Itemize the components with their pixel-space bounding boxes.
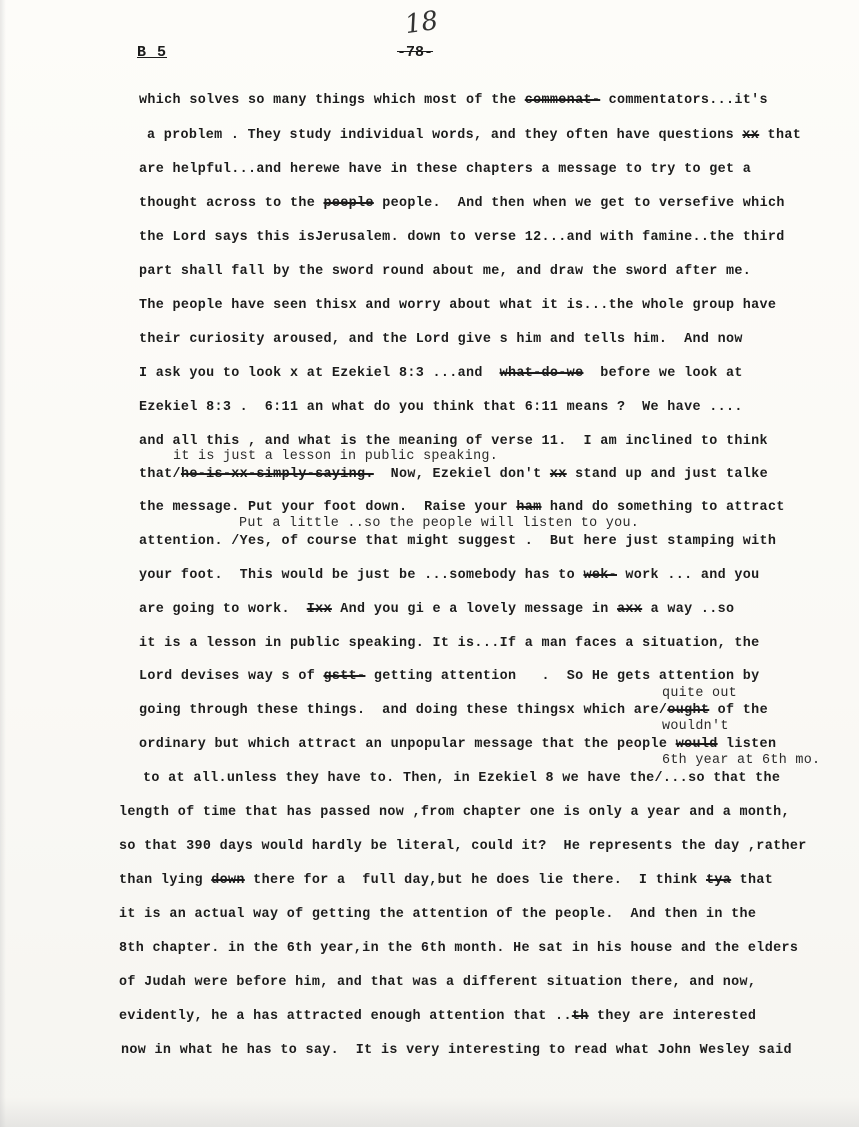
text: your foot. This would be just be ...some…: [139, 568, 583, 583]
document-page: B 5 18 -78- which solves so many things …: [0, 0, 859, 1127]
interlinear-insertion: wouldn't: [662, 719, 729, 735]
text: listen: [718, 737, 777, 752]
text-line-9: I ask you to look x at Ezekiel 8:3 ...an…: [139, 366, 743, 382]
deleted-text: xx: [550, 467, 567, 482]
struck-page-number: -78-: [397, 44, 433, 61]
page-bottom-shadow: [0, 1097, 859, 1127]
text: And you gi e a lovely message in: [332, 602, 617, 617]
text-line-6: part shall fall by the sword round about…: [139, 264, 751, 280]
interlinear-insertion: Put a little ..so the people will listen…: [239, 516, 639, 532]
text: before we look at: [583, 366, 742, 381]
text-line-12: that/he-is-xx-simply-saying. Now, Ezekie…: [139, 467, 768, 483]
deleted-text: would: [676, 737, 718, 752]
page-edge-shadow: [0, 0, 6, 1127]
text-line-3: are helpful...and herewe have in these c…: [139, 162, 751, 178]
text: there for a full day,but he does lie the…: [245, 873, 706, 888]
deleted-text: wek-: [583, 568, 617, 583]
section-label: B 5: [137, 44, 167, 61]
deleted-text: what-do-we: [500, 366, 584, 381]
text-line-7: The people have seen thisx and worry abo…: [139, 298, 776, 314]
text-line-25: it is an actual way of getting the atten…: [119, 907, 756, 923]
deleted-text: xx: [742, 128, 759, 143]
text: ordinary but which attract an unpopular …: [139, 737, 676, 752]
text: thought across to the: [139, 196, 324, 211]
text-line-15: your foot. This would be just be ...some…: [139, 568, 760, 584]
text: Lord devises way s of: [139, 669, 324, 684]
text: a way ..so: [642, 602, 734, 617]
text: stand up and just talke: [567, 467, 768, 482]
text: people. And then when we get to versefiv…: [374, 196, 785, 211]
deleted-text: th: [572, 1009, 589, 1024]
text-line-2: a problem . They study individual words,…: [147, 128, 801, 144]
interlinear-insertion: 6th year at 6th mo.: [662, 753, 820, 769]
text-line-27: of Judah were before him, and that was a…: [119, 975, 756, 991]
text: a problem . They study individual words,…: [147, 128, 742, 143]
deleted-text: tya: [706, 873, 731, 888]
deleted-text: ought: [667, 703, 709, 718]
text-line-22: length of time that has passed now ,from…: [119, 805, 790, 821]
text-line-14: attention. /Yes, of course that might su…: [139, 534, 776, 550]
typed-page-number: -78-: [397, 44, 433, 61]
text: they are interested: [589, 1009, 757, 1024]
deleted-text: gstt-: [324, 669, 366, 684]
text-line-16: are going to work. Ixx And you gi e a lo…: [139, 602, 734, 618]
text-line-24: than lying down there for a full day,but…: [119, 873, 773, 889]
deleted-text: down: [211, 873, 245, 888]
text-line-10: Ezekiel 8:3 . 6:11 an what do you think …: [139, 400, 743, 416]
interlinear-insertion: quite out: [662, 686, 737, 702]
text: that: [759, 128, 801, 143]
deleted-text: he-is-xx-simply-saying.: [181, 467, 374, 482]
text: evidently, he a has attracted enough att…: [119, 1009, 572, 1024]
text-line-21: to at all.unless they have to. Then, in …: [143, 771, 780, 787]
deleted-text: commenat-: [525, 93, 600, 108]
text-line-5: the Lord says this isJerusalem. down to …: [139, 230, 785, 246]
deleted-text: Ixx: [307, 602, 332, 617]
text: commentators...it's: [600, 93, 768, 108]
text-line-1: which solves so many things which most o…: [139, 93, 768, 109]
text: that: [731, 873, 773, 888]
text: getting attention . So He gets attention…: [365, 669, 759, 684]
text-line-4: thought across to the peeple people. And…: [139, 196, 785, 212]
text: I ask you to look x at Ezekiel 8:3 ...an…: [139, 366, 500, 381]
text-line-13: the message. Put your foot down. Raise y…: [139, 500, 785, 516]
text: going through these things. and doing th…: [139, 703, 667, 718]
text: the message. Put your foot down. Raise y…: [139, 500, 516, 515]
text: than lying: [119, 873, 211, 888]
text-line-28: evidently, he a has attracted enough att…: [119, 1009, 756, 1025]
text-line-19: going through these things. and doing th…: [139, 703, 768, 719]
text-line-17: it is a lesson in public speaking. It is…: [139, 636, 760, 652]
deleted-text: ham: [516, 500, 541, 515]
text: which solves so many things which most o…: [139, 93, 525, 108]
text-line-29: now in what he has to say. It is very in…: [121, 1043, 792, 1059]
text: hand do something to attract: [542, 500, 785, 515]
text-line-11: and all this , and what is the meaning o…: [139, 434, 768, 450]
interlinear-insertion: it is just a lesson in public speaking.: [173, 449, 498, 465]
handwritten-page-number: 18: [403, 6, 440, 40]
text: that/: [139, 467, 181, 482]
text: Now, Ezekiel don't: [374, 467, 550, 482]
text: work ... and you: [617, 568, 760, 583]
text: of the: [709, 703, 768, 718]
deleted-text: peeple: [324, 196, 374, 211]
text-line-26: 8th chapter. in the 6th year,in the 6th …: [119, 941, 798, 957]
deleted-text: axx: [617, 602, 642, 617]
text-line-8: their curiosity aroused, and the Lord gi…: [139, 332, 743, 348]
text-line-20: ordinary but which attract an unpopular …: [139, 737, 776, 753]
text: are going to work.: [139, 602, 307, 617]
text-line-23: so that 390 days would hardly be literal…: [119, 839, 807, 855]
text-line-18: Lord devises way s of gstt- getting atte…: [139, 669, 760, 685]
